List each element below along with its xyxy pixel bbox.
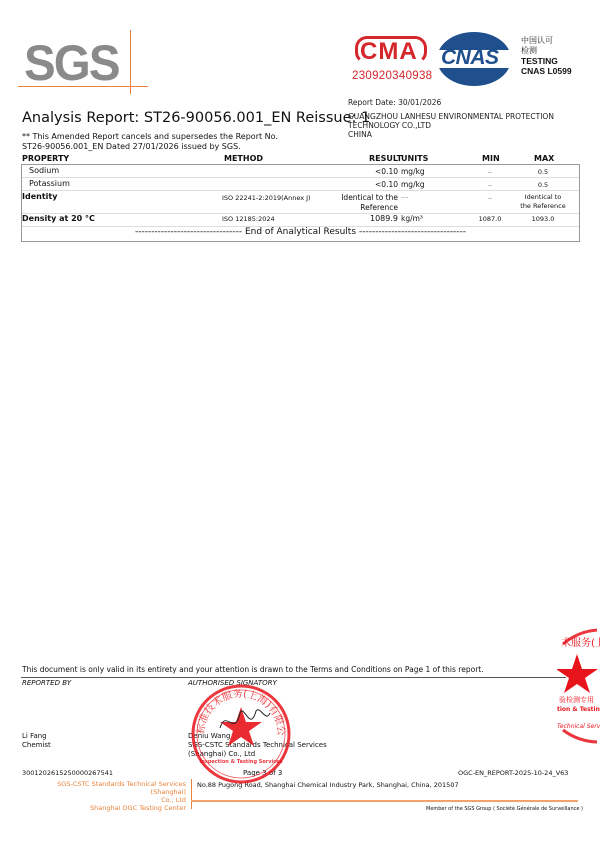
cell-min: -- xyxy=(470,194,510,202)
cell-property: Identity xyxy=(22,192,57,201)
sgs-logo: SGS xyxy=(18,30,153,100)
cell-result: <0.10 xyxy=(330,180,398,189)
cell-min: 1087.0 xyxy=(470,215,510,223)
cell-result: 1089.9 xyxy=(330,214,398,223)
footer-divider xyxy=(21,677,566,678)
company-line: TECHNOLOGY CO.,LTD xyxy=(348,121,554,130)
cell-method: ISO 22241-2:2019(Annex J) xyxy=(222,194,311,202)
lab-name: SGS-CSTC Standards Technical Services (S… xyxy=(20,780,186,812)
company-line: CHINA xyxy=(348,130,554,139)
logo-vertical-rule xyxy=(130,30,131,94)
seal-edge-en-text: tion & Testing Se xyxy=(557,706,600,713)
cell-property: Potassium xyxy=(29,179,70,188)
cell-max: Identical to the Reference xyxy=(512,193,574,211)
footer-horizontal-rule xyxy=(191,800,578,802)
sgs-logo-text: SGS xyxy=(24,34,119,92)
report-date: Report Date: 30/01/2026 xyxy=(348,98,441,107)
cell-units: kg/m³ xyxy=(401,214,423,223)
seal-edge-cn-text: 验检测专用 xyxy=(559,695,594,704)
cell-result: Identical to the Reference xyxy=(320,193,398,212)
cnas-logo-text: CNAS xyxy=(441,46,499,70)
cell-units: --- xyxy=(401,193,408,201)
cnas-en-line-1: TESTING xyxy=(521,56,572,66)
row-divider xyxy=(22,190,579,191)
cell-min: -- xyxy=(470,181,510,189)
cell-max: 1093.0 xyxy=(520,215,566,223)
seal-edge-en-text-2: Technical Services xyxy=(557,723,600,730)
sgs-member-note: Member of the SGS Group ( Société Généra… xyxy=(426,806,583,812)
client-company: GUANGZHOU LANHESU ENVIRONMENTAL PROTECTI… xyxy=(348,112,554,139)
cma-letters: CMA xyxy=(360,38,418,66)
company-line: GUANGZHOU LANHESU ENVIRONMENTAL PROTECTI… xyxy=(348,112,554,121)
cell-units: mg/kg xyxy=(401,180,425,189)
cnas-cn-line-1: 中国认可 xyxy=(521,36,572,46)
logo-horizontal-rule xyxy=(18,86,148,87)
company-seal-stamp: 标准技术服务(上海)有限公司 Inspection & Testing Serv… xyxy=(190,683,292,785)
cell-property: Sodium xyxy=(29,166,59,175)
reporter-name: Li Fang xyxy=(22,732,51,741)
lab-line: Co., Ltd xyxy=(20,796,186,804)
row-divider xyxy=(22,177,579,178)
amendment-note: ** This Amended Report cancels and super… xyxy=(22,132,278,152)
cell-max: 0.5 xyxy=(520,181,566,189)
header-property: PROPERTY xyxy=(22,154,69,163)
cnas-en-line-2: CNAS L0599 xyxy=(521,66,572,76)
star-icon xyxy=(557,654,598,693)
amendment-line: ST26-90056.001_EN Dated 27/01/2026 issue… xyxy=(22,142,278,152)
result-line: Reference xyxy=(320,203,398,213)
seal-edge-top-text: 术服务(上 xyxy=(561,636,600,649)
testing-seal-stamp: 术服务(上 验检测专用 tion & Testing Se Technical … xyxy=(557,624,600,748)
reporter-title: Chemist xyxy=(22,741,51,750)
cell-property: Density at 20 °C xyxy=(22,214,95,223)
document-number: 3001202615250000267541 xyxy=(22,769,113,777)
cell-min: -- xyxy=(470,168,510,176)
reporter-block: Li Fang Chemist xyxy=(22,732,51,750)
seal-inner-text: Inspection & Testing Services xyxy=(199,759,282,765)
row-divider xyxy=(22,213,579,214)
lab-line: SGS-CSTC Standards Technical Services (S… xyxy=(20,780,186,796)
header-max: MAX xyxy=(534,154,554,163)
max-line: Identical to xyxy=(512,193,574,202)
cnas-logo: CNAS xyxy=(437,32,511,86)
header-min: MIN xyxy=(482,154,500,163)
template-id: OGC-EN_REPORT-2025-10-24_V63 xyxy=(458,769,568,777)
header-units: UNITS xyxy=(401,154,428,163)
cma-logo: CMA 230920340938 xyxy=(352,34,432,90)
max-line: the Reference xyxy=(512,202,574,211)
header-result: RESULT xyxy=(369,154,402,163)
header-method: METHOD xyxy=(224,154,263,163)
lab-line: Shanghai OGC Testing Center xyxy=(20,804,186,812)
end-of-results: --------------------------------- End of… xyxy=(21,227,580,237)
reported-by-label: REPORTED BY xyxy=(22,679,71,687)
cnas-accreditation-text: 中国认可 检测 TESTING CNAS L0599 xyxy=(521,36,572,76)
amendment-line: ** This Amended Report cancels and super… xyxy=(22,132,278,142)
cell-result: <0.10 xyxy=(330,167,398,176)
validity-statement: This document is only valid in its entir… xyxy=(22,665,484,674)
cell-max: 0.5 xyxy=(520,168,566,176)
report-title: Analysis Report: ST26-90056.001_EN Reiss… xyxy=(22,110,370,126)
cell-units: mg/kg xyxy=(401,167,425,176)
result-line: Identical to the xyxy=(320,193,398,203)
cnas-cn-line-2: 检测 xyxy=(521,46,572,56)
cell-method: ISO 12185:2024 xyxy=(222,215,275,223)
cma-number: 230920340938 xyxy=(352,70,432,82)
